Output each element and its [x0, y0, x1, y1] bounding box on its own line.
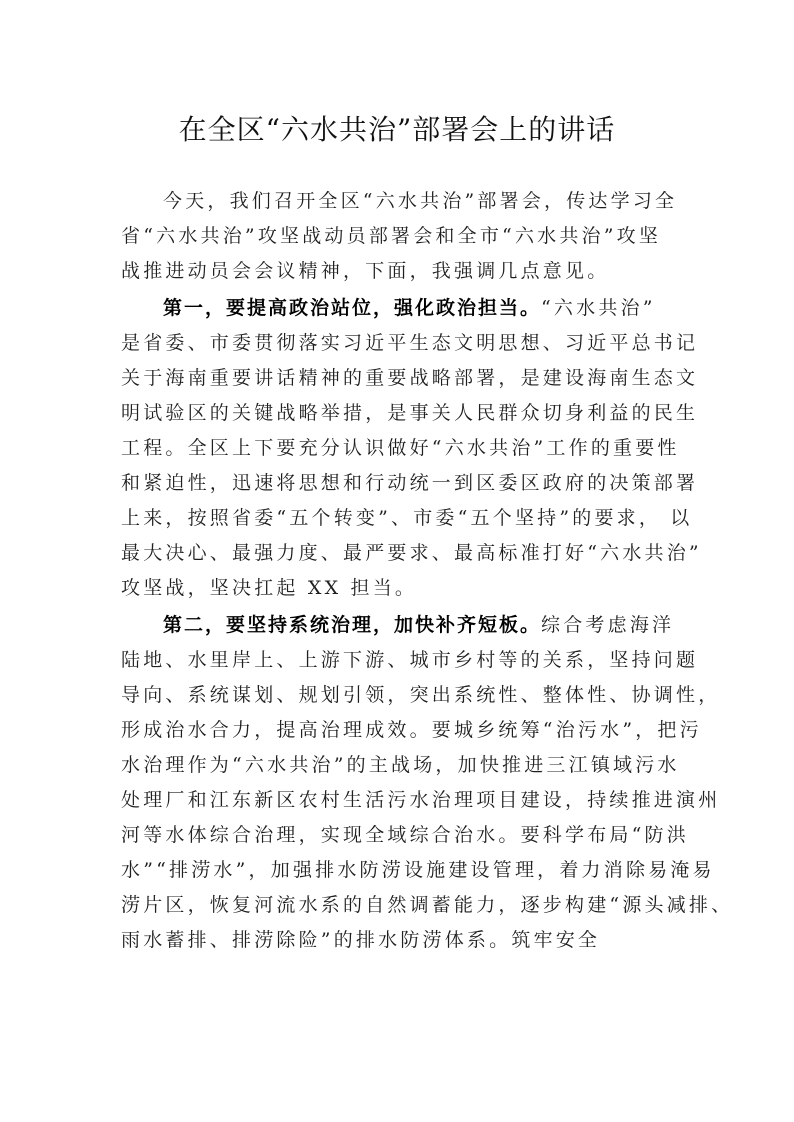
- text-line: 雨水蓄排、排涝除险”的排水防涝体系。筑牢安全: [121, 925, 681, 960]
- paragraph-second-point: 第二，要坚持系统治理，加快补齐短板。综合考虑海洋 陆地、水里岸上、上游下游、城市…: [121, 610, 681, 960]
- text-line: 第一，要提高政治站位，强化政治担当。“六水共治”: [121, 293, 681, 328]
- text-line: 形成治水合力，提高治理成效。要城乡统筹“治污水”，把污: [121, 715, 681, 750]
- text-line: 关于海南重要讲话精神的重要战略部署，是建设海南生态文: [121, 363, 681, 398]
- text-line: 工程。全区上下要充分认识做好“六水共治”工作的重要性: [121, 433, 681, 468]
- section-heading: 第一，要提高政治站位，强化政治担当。: [163, 297, 541, 319]
- text-line: 陆地、水里岸上、上游下游、城市乡村等的关系，坚持问题: [121, 645, 681, 680]
- text-run: 综合考虑海洋: [541, 614, 674, 636]
- paragraph-intro: 今天，我们召开全区“六水共治”部署会，传达学习全 省“六水共治”攻坚战动员部署会…: [121, 186, 681, 291]
- text-line: 河等水体综合治理，实现全域综合治水。要科学布局“防洪: [121, 820, 681, 855]
- text-line: 处理厂和江东新区农村生活污水治理项目建设，持续推进演州: [121, 785, 681, 820]
- document-page: 在全区“六水共治”部署会上的讲话 今天，我们召开全区“六水共治”部署会，传达学习…: [0, 0, 794, 1122]
- text-line: 涝片区，恢复河流水系的自然调蓄能力，逐步构建“源头减排、: [121, 890, 681, 925]
- text-line: 第二，要坚持系统治理，加快补齐短板。综合考虑海洋: [121, 610, 681, 645]
- document-body: 今天，我们召开全区“六水共治”部署会，传达学习全 省“六水共治”攻坚战动员部署会…: [121, 186, 681, 960]
- section-heading: 第二，要坚持系统治理，加快补齐短板。: [163, 614, 541, 636]
- text-line: 明试验区的关键战略举措，是事关人民群众切身利益的民生: [121, 398, 681, 433]
- text-line: 攻坚战，坚决扛起 XX 担当。: [121, 573, 681, 608]
- text-line: 上来，按照省委“五个转变”、市委“五个坚持”的要求， 以: [121, 503, 681, 538]
- paragraph-first-point: 第一，要提高政治站位，强化政治担当。“六水共治” 是省委、市委贯彻落实习近平生态…: [121, 293, 681, 608]
- text-line: 战推进动员会会议精神，下面，我强调几点意见。: [121, 256, 681, 291]
- text-line: 是省委、市委贯彻落实习近平生态文明思想、习近平总书记: [121, 328, 681, 363]
- text-run: “六水共治”: [541, 297, 656, 319]
- text-line: 水”“排涝水”，加强排水防涝设施建设管理，着力消除易淹易: [121, 855, 681, 890]
- text-line: 水治理作为“六水共治”的主战场，加快推进三江镇域污水: [121, 750, 681, 785]
- text-line: 导向、系统谋划、规划引领，突出系统性、整体性、协调性，: [121, 680, 681, 715]
- document-title: 在全区“六水共治”部署会上的讲话: [0, 108, 794, 148]
- text-line: 省“六水共治”攻坚战动员部署会和全市“六水共治”攻坚: [121, 221, 681, 256]
- text-line: 最大决心、最强力度、最严要求、最高标准打好“六水共治”: [121, 538, 681, 573]
- text-line: 和紧迫性，迅速将思想和行动统一到区委区政府的决策部署: [121, 468, 681, 503]
- text-line: 今天，我们召开全区“六水共治”部署会，传达学习全: [121, 186, 681, 221]
